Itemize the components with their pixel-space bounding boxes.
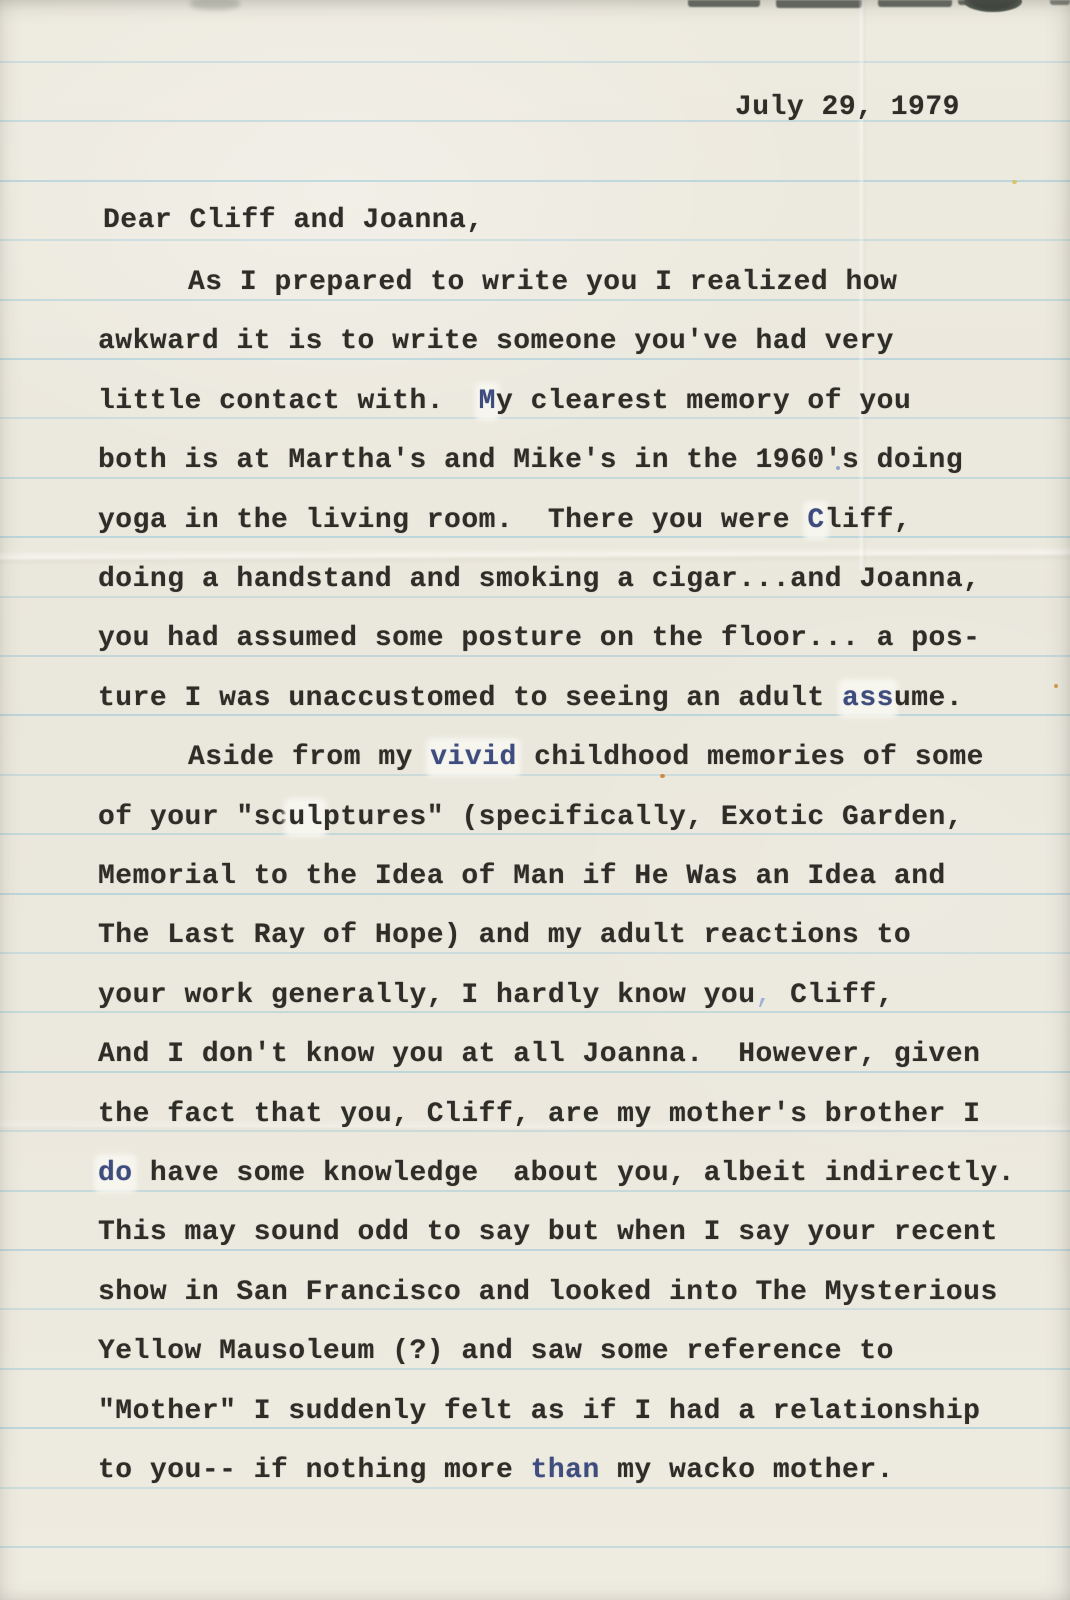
overtyped-text: C — [807, 505, 824, 536]
typewritten-text: Memorial to the Idea of Man if He Was an… — [98, 861, 946, 892]
typewritten-text: the fact that you, Cliff, are my mother'… — [98, 1099, 980, 1130]
scan-edge-mark — [1050, 0, 1070, 5]
scan-edge-mark — [688, 0, 760, 7]
letter-line: to you-- if nothing more than my wacko m… — [98, 1454, 894, 1488]
letter-line: both is at Martha's and Mike's in the 19… — [98, 444, 963, 478]
letter-line: ture I was unaccustomed to seeing an adu… — [98, 682, 963, 716]
typewritten-text: liff, — [825, 505, 912, 536]
letter-line: Aside from my vivid childhood memories o… — [188, 741, 984, 775]
typewritten-text: my wacko mother. — [600, 1455, 894, 1486]
letter-line: As I prepared to write you I realized ho… — [188, 266, 897, 300]
typewritten-text: The Last Ray of Hope) and my adult react… — [98, 920, 911, 951]
letter-line: you had assumed some posture on the floo… — [98, 622, 980, 656]
ink-speck — [1054, 684, 1058, 688]
letter-line: And I don't know you at all Joanna. Howe… — [98, 1038, 980, 1072]
ruled-line — [0, 239, 1070, 241]
letter-line: do have some knowledge about you, albeit… — [98, 1157, 1015, 1191]
typewritten-text: doing a handstand and smoking a cigar...… — [98, 564, 980, 595]
typewritten-text: awkward it is to write someone you've ha… — [98, 326, 894, 357]
scan-edge-blob — [964, 0, 1022, 12]
typewritten-text: to you-- if nothing more — [98, 1455, 531, 1486]
letter-line: your work generally, I hardly know you, … — [98, 979, 894, 1013]
letter-line: yoga in the living room. There you were … — [98, 504, 911, 538]
letter-line: Yellow Mausoleum (?) and saw some refere… — [98, 1335, 894, 1369]
letter-line: show in San Francisco and looked into Th… — [98, 1276, 998, 1310]
typewritten-text: "Mother" I suddenly felt as if I had a r… — [98, 1396, 980, 1427]
scan-edge-mark — [776, 0, 862, 8]
overtyped-text: ass — [842, 683, 894, 714]
typewritten-text: childhood memories of some — [517, 742, 984, 773]
typewritten-text: y clearest memory of you — [496, 386, 911, 417]
overtyped-text: ul — [288, 802, 323, 833]
typewritten-text: ture I was unaccustomed to seeing an adu… — [98, 683, 842, 714]
overtyped-text: vivid — [430, 742, 517, 773]
letter-line: the fact that you, Cliff, are my mother'… — [98, 1098, 980, 1132]
typewritten-text: have some knowledge about you, albeit in… — [133, 1158, 1015, 1189]
scan-edge-mark — [878, 0, 952, 7]
letter-line: The Last Ray of Hope) and my adult react… — [98, 919, 911, 953]
letter-line: awkward it is to write someone you've ha… — [98, 325, 894, 359]
letter-page: July 29, 1979 Dear Cliff and Joanna, As … — [0, 0, 1070, 1600]
typewritten-text: As I prepared to write you I realized ho… — [188, 267, 897, 298]
typewritten-text: ptures" (specifically, Exotic Garden, — [323, 802, 963, 833]
ruled-line — [0, 1546, 1070, 1548]
typewritten-text: Aside from my — [188, 742, 430, 773]
letter-salutation: Dear Cliff and Joanna, — [103, 204, 484, 238]
letter-line: of your "sculptures" (specifically, Exot… — [98, 801, 963, 835]
typewritten-text: Cliff, — [773, 980, 894, 1011]
overtyped-text: do — [98, 1158, 133, 1189]
typewritten-text: show in San Francisco and looked into Th… — [98, 1277, 998, 1308]
letter-line: Memorial to the Idea of Man if He Was an… — [98, 860, 946, 894]
letter-line: doing a handstand and smoking a cigar...… — [98, 563, 980, 597]
typewritten-text: And I don't know you at all Joanna. Howe… — [98, 1039, 980, 1070]
typewritten-text: This may sound odd to say but when I say… — [98, 1217, 998, 1248]
typewritten-text: little contact with. — [98, 386, 479, 417]
typewritten-text: both is at Martha's and Mike's in the 19… — [98, 445, 963, 476]
letter-line: This may sound odd to say but when I say… — [98, 1216, 998, 1250]
typewritten-text: your work generally, I hardly know you — [98, 980, 756, 1011]
typewritten-text: Yellow Mausoleum (?) and saw some refere… — [98, 1336, 894, 1367]
overtyped-text: , — [756, 980, 773, 1011]
overtyped-text: M — [479, 386, 496, 417]
overtyped-text: than — [531, 1455, 600, 1486]
ink-speck — [1012, 180, 1017, 184]
typewritten-text: yoga in the living room. There you were — [98, 505, 807, 536]
typewritten-text: of your "sc — [98, 802, 288, 833]
letter-line: little contact with. My clearest memory … — [98, 385, 911, 419]
ruled-line — [0, 180, 1070, 182]
ruled-line — [0, 61, 1070, 63]
typewritten-text: you had assumed some posture on the floo… — [98, 623, 980, 654]
typewritten-text: ume. — [894, 683, 963, 714]
letter-date: July 29, 1979 — [735, 91, 960, 125]
letter-line: "Mother" I suddenly felt as if I had a r… — [98, 1395, 980, 1429]
scan-smudge — [190, 0, 240, 10]
